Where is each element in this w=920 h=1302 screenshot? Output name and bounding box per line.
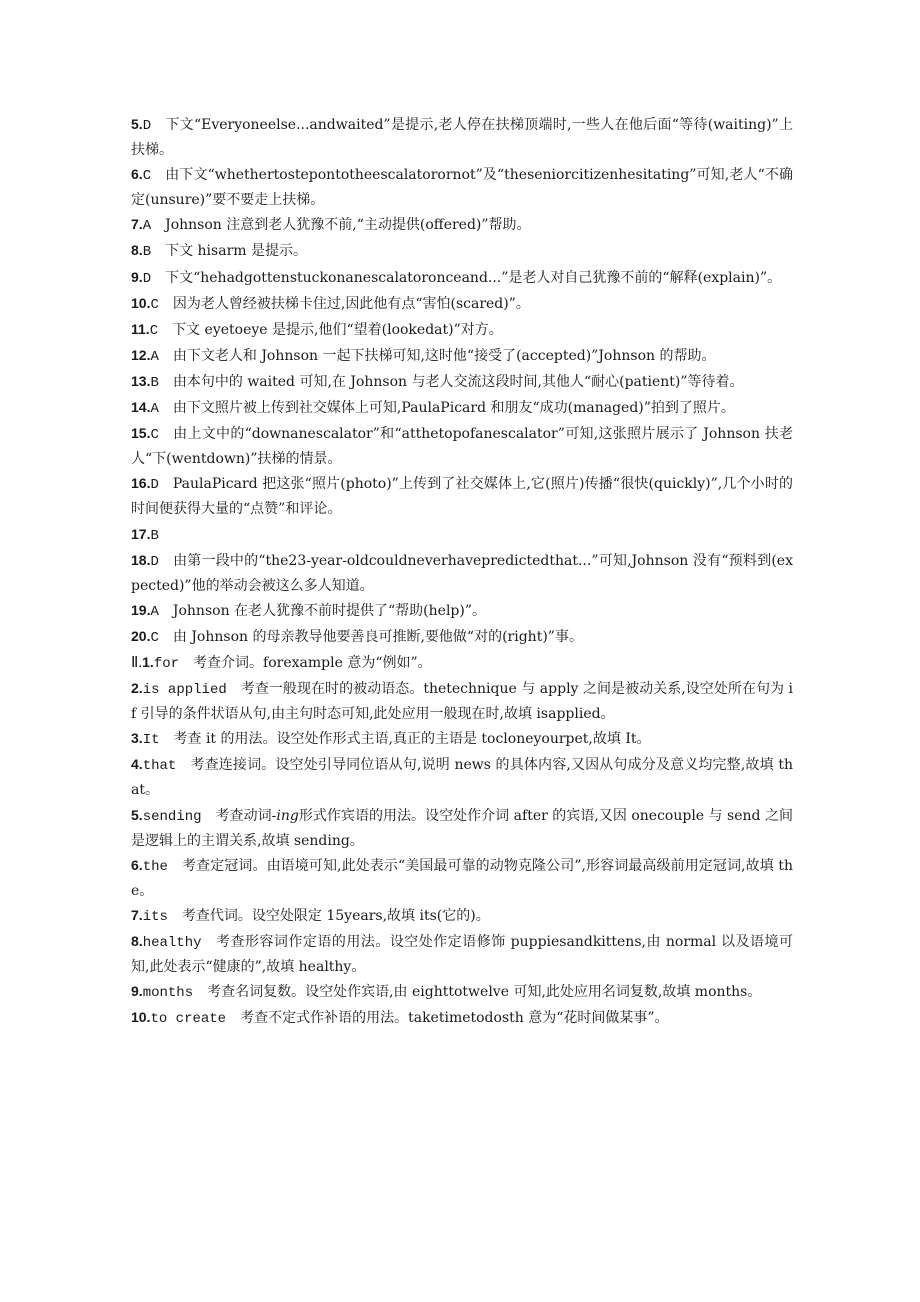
explanation: 由下文老人和 Johnson 一起下扶梯可知,这时他“接受了(accepted)… <box>173 348 716 364</box>
explanation: 考查介词。forexample 意为“例如”。 <box>193 655 432 671</box>
explanation: 考查形容词作定语的用法。设空处作定语修饰 puppiesandkittens,由… <box>131 934 793 975</box>
explanation: PaulaPicard 把这张“照片(photo)”上传到了社交媒体上,它(照片… <box>131 476 793 517</box>
answer-item-ii-1: Ⅱ.1.for考查介词。forexample 意为“例如”。 <box>131 650 793 676</box>
answer-key-document: 5.D下文“Everyoneelse...andwaited”是提示,老人停在扶… <box>131 112 793 1031</box>
answer-item-i-17: 17.B <box>131 522 793 548</box>
answer-word: healthy <box>143 935 202 951</box>
question-number: 5. <box>131 116 143 132</box>
answer-item-i-5: 5.D下文“Everyoneelse...andwaited”是提示,老人停在扶… <box>131 112 793 162</box>
answer-letter: C <box>150 630 158 646</box>
answer-word: its <box>143 909 168 925</box>
question-number: 3. <box>131 730 143 746</box>
answer-letter: B <box>143 244 151 260</box>
answer-item-i-18: 18.D由第一段中的“the23-year-oldcouldneverhavep… <box>131 548 793 598</box>
question-number: 19. <box>131 602 150 618</box>
question-number: 14. <box>131 399 150 415</box>
question-number: 1. <box>142 654 154 670</box>
answer-item-i-6: 6.C由下文“whethertostepontotheescalatororno… <box>131 162 793 212</box>
question-number: 4. <box>131 756 143 772</box>
answer-item-i-16: 16.DPaulaPicard 把这张“照片(photo)”上传到了社交媒体上,… <box>131 471 793 521</box>
explanation-prefix: 考查动词- <box>216 808 277 824</box>
answer-letter: A <box>150 604 158 620</box>
answer-word: the <box>143 859 168 875</box>
answer-item-i-7: 7.AJohnson 注意到老人犹豫不前,“主动提供(offered)”帮助。 <box>131 212 793 238</box>
answer-item-i-19: 19.AJohnson 在老人犹豫不前时提供了“帮助(help)”。 <box>131 598 793 624</box>
answer-item-i-15: 15.C由上文中的“downanescalator”和“atthetopofan… <box>131 421 793 471</box>
answer-item-ii-10: 10.to create考查不定式作补语的用法。taketimetodosth … <box>131 1005 793 1031</box>
question-number: 10. <box>131 295 150 311</box>
answer-item-ii-4: 4.that考查连接词。设空处引导同位语从句,说明 news 的具体内容,又因从… <box>131 752 793 802</box>
explanation: 下文“Everyoneelse...andwaited”是提示,老人停在扶梯顶端… <box>131 117 793 158</box>
explanation: 考查连接词。设空处引导同位语从句,说明 news 的具体内容,又因从句成分及意义… <box>131 757 793 798</box>
answer-item-ii-9: 9.months考查名词复数。设空处作宾语,由 eighttotwelve 可知… <box>131 979 793 1005</box>
explanation: 下文“hehadgottenstuckonanescalatoronceand.… <box>165 270 781 286</box>
question-number: 16. <box>131 475 150 491</box>
answer-item-i-9: 9.D下文“hehadgottenstuckonanescalatoroncea… <box>131 265 793 291</box>
answer-item-i-14: 14.A由下文照片被上传到社交媒体上可知,PaulaPicard 和朋友“成功(… <box>131 395 793 421</box>
explanation: 因为老人曾经被扶梯卡住过,因此他有点“害怕(scared)”。 <box>173 296 530 312</box>
answer-item-i-8: 8.B下文 hisarm 是提示。 <box>131 238 793 264</box>
explanation: 考查不定式作补语的用法。taketimetodosth 意为“花时间做某事”。 <box>240 1010 668 1026</box>
question-number: 8. <box>131 242 143 258</box>
explanation: 由下文照片被上传到社交媒体上可知,PaulaPicard 和朋友“成功(mana… <box>173 400 735 416</box>
answer-letter: D <box>143 118 151 134</box>
answer-word: for <box>154 656 179 672</box>
answer-word: sending <box>143 809 202 825</box>
answer-item-i-20: 20.C由 Johnson 的母亲教导他要善良可推断,要他做“对的(right)… <box>131 624 793 650</box>
question-number: 6. <box>131 857 143 873</box>
answer-letter: B <box>150 528 158 544</box>
question-number: 20. <box>131 628 150 644</box>
question-number: 7. <box>131 907 143 923</box>
answer-letter: D <box>143 271 151 287</box>
section-label: Ⅱ. <box>131 655 142 671</box>
answer-item-ii-8: 8.healthy考查形容词作定语的用法。设空处作定语修饰 puppiesand… <box>131 929 793 979</box>
answer-item-i-10: 10.C因为老人曾经被扶梯卡住过,因此他有点“害怕(scared)”。 <box>131 291 793 317</box>
answer-item-ii-2: 2.is applied考查一般现在时的被动语态。thetechnique 与 … <box>131 676 793 726</box>
explanation-italic: ing <box>276 808 298 824</box>
answer-item-ii-7: 7.its考查代词。设空处限定 15years,故填 its(它的)。 <box>131 903 793 929</box>
question-number: 7. <box>131 216 143 232</box>
explanation: 由下文“whethertostepontotheescalatorornot”及… <box>131 167 793 208</box>
question-number: 6. <box>131 166 143 182</box>
answer-word: is applied <box>143 682 227 698</box>
question-number: 11. <box>131 321 150 337</box>
explanation: 考查代词。设空处限定 15years,故填 its(它的)。 <box>182 908 490 924</box>
answer-item-ii-5: 5.sending考查动词-ing形式作宾语的用法。设空处作介词 after 的… <box>131 803 793 853</box>
answer-letter: B <box>150 375 158 391</box>
question-number: 2. <box>131 680 143 696</box>
answer-letter: C <box>150 297 158 313</box>
explanation: 由 Johnson 的母亲教导他要善良可推断,要他做“对的(right)”事。 <box>173 629 583 645</box>
question-number: 13. <box>131 373 150 389</box>
answer-item-ii-6: 6.the考查定冠词。由语境可知,此处表示“美国最可靠的动物克隆公司”,形容词最… <box>131 853 793 903</box>
answer-item-ii-3: 3.It考查 it 的用法。设空处作形式主语,真正的主语是 tocloneyou… <box>131 726 793 752</box>
answer-item-i-12: 12.A由下文老人和 Johnson 一起下扶梯可知,这时他“接受了(accep… <box>131 343 793 369</box>
explanation: 由本句中的 waited 可知,在 Johnson 与老人交流这段时间,其他人“… <box>173 374 744 390</box>
explanation: 考查名词复数。设空处作宾语,由 eighttotwelve 可知,此处应用名词复… <box>207 984 761 1000</box>
answer-item-i-13: 13.B由本句中的 waited 可知,在 Johnson 与老人交流这段时间,… <box>131 369 793 395</box>
answer-word: months <box>143 985 193 1001</box>
explanation: Johnson 在老人犹豫不前时提供了“帮助(help)”。 <box>173 603 486 619</box>
question-number: 10. <box>131 1009 150 1025</box>
explanation: 由上文中的“downanescalator”和“atthetopofanesca… <box>131 426 793 467</box>
answer-letter: A <box>150 401 158 417</box>
answer-letter: C <box>150 323 158 339</box>
explanation: 考查一般现在时的被动语态。thetechnique 与 apply 之间是被动关… <box>131 681 793 722</box>
explanation: 下文 eyetoeye 是提示,他们“望着(lookedat)”对方。 <box>172 322 503 338</box>
answer-word: that <box>143 758 177 774</box>
answer-letter: C <box>150 427 158 443</box>
answer-letter: C <box>143 168 151 184</box>
answer-word: It <box>143 732 160 748</box>
question-number: 9. <box>131 269 143 285</box>
answer-item-i-11: 11.C下文 eyetoeye 是提示,他们“望着(lookedat)”对方。 <box>131 317 793 343</box>
explanation: 下文 hisarm 是提示。 <box>165 243 307 259</box>
explanation: 考查 it 的用法。设空处作形式主语,真正的主语是 tocloneyourpet… <box>174 731 651 747</box>
question-number: 9. <box>131 983 143 999</box>
question-number: 17. <box>131 526 150 542</box>
question-number: 12. <box>131 347 150 363</box>
explanation: Johnson 注意到老人犹豫不前,“主动提供(offered)”帮助。 <box>165 217 530 233</box>
answer-word: to create <box>150 1011 226 1027</box>
question-number: 5. <box>131 807 143 823</box>
question-number: 15. <box>131 425 150 441</box>
answer-letter: D <box>150 477 158 493</box>
explanation: 考查定冠词。由语境可知,此处表示“美国最可靠的动物克隆公司”,形容词最高级前用定… <box>131 858 793 899</box>
question-number: 8. <box>131 933 143 949</box>
answer-letter: A <box>150 349 158 365</box>
explanation: 由第一段中的“the23-year-oldcouldneverhavepredi… <box>131 553 793 594</box>
answer-letter: D <box>150 554 158 570</box>
question-number: 18. <box>131 552 150 568</box>
answer-letter: A <box>143 218 151 234</box>
